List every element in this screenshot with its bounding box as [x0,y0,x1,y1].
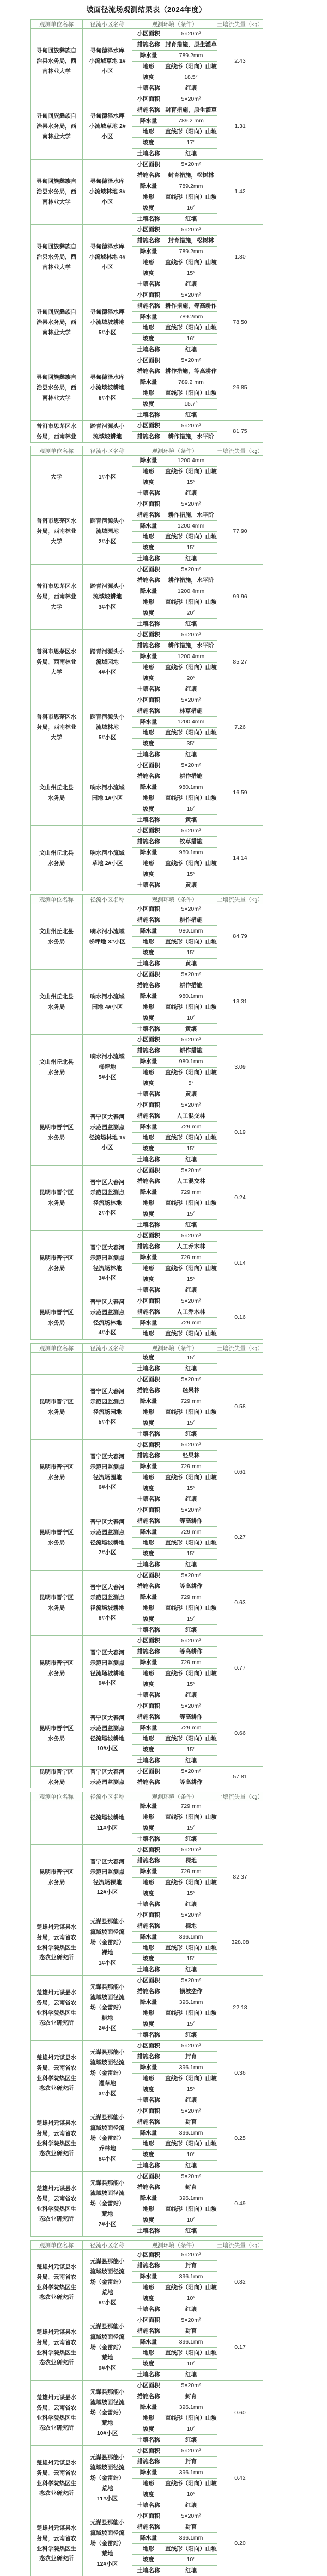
env-label: 土壤名称 [132,214,165,225]
env-label: 措施名称 [132,1921,165,1932]
plot-cell: 响水河小流域 梯坪地 5#小区 [83,1035,132,1100]
env-label: 土壤名称 [132,83,165,94]
env-row: 降水量396.1mm [132,2533,217,2544]
env-rows: 小区面积5×20m²措施名称经果林降水量729 mm地形直线形（阳向）山坡坡度1… [132,1440,217,1505]
env-row: 坡度15° [132,1954,217,1965]
env-value: 红壤 [165,1690,217,1701]
env-row: 地形直线形（阳向）山坡 [132,1068,217,1078]
env-rows: 小区面积5×20m²措施名称人工混交林降水量729 mm地形直线形（阳向）山坡坡… [132,1100,217,1166]
env-label: 地形 [132,1407,165,1418]
env-value: 封育措施，原生灌草 [165,40,217,51]
env-row: 降水量789.2mm [132,312,217,323]
soil-loss-value: 0.36 [217,2041,263,2106]
env-value: 直线形（阳向）山坡 [165,1002,217,1013]
env-value: 封育措施，松树林 [165,236,217,247]
env-value: 729 mm [165,1658,217,1669]
env-label: 措施名称 [132,915,165,926]
env-label: 坡度 [132,1823,165,1834]
env-value: 耕作措施，等高耕作 [165,301,217,312]
env-label: 地形 [132,62,165,72]
report-sheet: 坡面径流场观测结果表（2024年度） 观测单位名称径流小区名称观测环境（条件）土… [0,0,327,2576]
env-value: 396.1mm [165,2468,217,2479]
unit-cell: 昆明市晋宁区 水务局 [31,1505,83,1571]
env-value: 直线形（阳向）山坡 [165,1538,217,1549]
unit-cell: 文山州丘北县 水务局 [31,1035,83,1100]
env-value: 5×20m² [165,2250,217,2261]
env-value: 5×20m² [165,1375,217,1385]
env-value: 1200.4mm [165,586,217,597]
env-row: 小区面积5×20m² [132,499,217,510]
env-row: 小区面积5×20m² [132,421,217,432]
env-row: 小区面积5×20m² [132,2315,217,2326]
env-label: 坡度 [132,1274,165,1285]
env-row: 坡度15° [132,1418,217,1429]
env-row: 土壤名称红壤 [132,2030,217,2041]
env-rows: 小区面积5×20m²措施名称等高耕作 [132,1767,217,1788]
env-row: 坡度15° [132,1679,217,1690]
env-label: 小区面积 [132,1845,165,1856]
column-header-plot: 径流小区名称 [83,895,132,904]
env-value: 5×20m² [165,1231,217,1242]
env-value: 直线形（阳向）山坡 [165,1198,217,1209]
env-row: 措施名称封育措施，原生灌草 [132,40,217,51]
env-row: 小区面积5×20m² [132,160,217,170]
env-value: 直线形（阳向）山坡 [165,2139,217,2150]
env-value: 经果林 [165,1451,217,1462]
soil-loss-value: 77.90 [217,499,263,565]
table-row: 昆明市晋宁区 水务局晋宁区大春河 示范园监测点 径流场坡耕地 9#小区小区面积5… [30,1636,263,1701]
unit-cell: 寻甸回族彝族自 治县水务局，西 南林业大学 [31,94,83,160]
env-row: 小区面积5×20m² [132,29,217,40]
env-row: 措施名称封育措施，松树林 [132,170,217,181]
env-row: 地形直线形（阳向）山坡 [132,1812,217,1823]
table-row: 普洱市思茅区水 务局，西南林业踏青河源头小 流域坡耕地小区面积5×20m²措施名… [30,421,263,443]
env-value: 5×20m² [165,2511,217,2522]
env-row: 措施名称封育 [132,2326,217,2337]
plot-cell: 寻甸德泽水库 小流域坡耕地 5#小区 [83,290,132,355]
env-value: 耕作措施 [165,915,217,926]
plot-cell: 元谋县那能小 流域坡面径流 场（金雷站） 荒地 9#小区 [83,2315,132,2381]
env-label: 地形 [132,2074,165,2084]
env-row: 小区面积5×20m² [132,225,217,236]
column-header-loss: 土壤流失量（kg） [217,1792,263,1801]
env-label: 地形 [132,1264,165,1274]
table-header-row: 观测单位名称径流小区名称观测环境（条件）土壤流失量（kg） [30,894,263,904]
env-row: 地形直线形（阳向）山坡 [132,2008,217,2019]
unit-cell: 楚雄州元谋县水 务局，云南省农 业科学院热区生 态农业研究所 [31,2172,83,2237]
env-row: 措施名称人工乔木林 [132,1307,217,1318]
env-row: 土壤名称红壤 [132,2370,217,2381]
env-label: 措施名称 [132,105,165,116]
env-label: 降水量 [132,181,165,192]
env-label: 小区面积 [132,565,165,575]
env-row: 土壤名称红壤 [132,1690,217,1701]
env-label: 土壤名称 [132,684,165,695]
env-value: 980.1mm [165,848,217,858]
env-label: 坡度 [132,2359,165,2370]
plot-cell: 元谋县那能小 流域坡面径流 场（金雷站） 荒地 11#小区 [83,2446,132,2511]
env-row: 降水量396.1mm [132,1997,217,2008]
env-row: 措施名称封育 [132,2052,217,2063]
env-value: 789.2 mm [165,116,217,127]
env-value: 729 mm [165,1592,217,1603]
soil-loss-value: 0.61 [217,1440,263,1505]
env-row: 小区面积5×20m² [132,760,217,771]
env-rows: 小区面积5×20m²措施名称耕作措施降水量980.1mm地形直线形（阳向）山坡坡… [132,970,217,1035]
env-label: 土壤名称 [132,149,165,160]
env-row: 坡度15° [132,2084,217,2095]
table-header-row: 观测单位名称径流小区名称观测环境（条件）土壤流失量（kg） [30,1792,263,1801]
env-value: 15° [165,1274,217,1285]
plot-cell: 晋宁区大春河 示范园监测点 径流场坡耕地 8#小区 [83,1571,132,1636]
env-value: 红壤 [165,83,217,94]
env-value: 1200.4mm [165,521,217,532]
soil-loss-value: 2.43 [217,29,263,94]
env-label: 措施名称 [132,510,165,521]
env-rows: 小区面积5×20m²措施名称封育降水量396.1mm地形直线形（阳向）山坡坡度1… [132,2315,217,2381]
env-row: 坡度15° [132,2019,217,2030]
soil-loss-value: 84.79 [217,904,263,970]
table-row: 普洱市思茅区水 务局，西南林业 大学踏青河源头小 流域林地 5#小区小区面积5×… [30,695,263,760]
env-label: 坡度 [132,2215,165,2226]
table-row: 楚雄州元谋县水 务局，云南省农 业科学院热区生 态农业研究所元谋县那能小 流域坡… [30,2511,263,2576]
env-row: 土壤名称红壤 [132,684,217,695]
env-row: 措施名称人工混交林 [132,1111,217,1122]
env-label: 土壤名称 [132,959,165,970]
plot-cell: 寻甸德泽水库 小流域草地 2# 小区 [83,94,132,160]
env-row: 小区面积5×20m² [132,1440,217,1451]
env-label: 坡度 [132,804,165,815]
soil-loss-value: 81.75 [217,421,263,443]
env-row: 地形直线形（阳向）山坡 [132,127,217,138]
env-label: 措施名称 [132,2391,165,2402]
env-value: 5×20m² [165,1701,217,1712]
table-row: 昆明市晋宁区 水务局晋宁区大春河 示范园监测点 径流场裸地 12#小区小区面积5… [30,1845,263,1910]
env-label: 坡度 [132,1614,165,1625]
table-row: 楚雄州元谋县水 务局，云南省农 业科学院热区生 态农业研究所元谋县那能小 流域坡… [30,2381,263,2446]
env-value: 红壤 [165,410,217,421]
env-row: 措施名称耕作措施，水平阶 [132,641,217,652]
unit-cell: 昆明市晋宁区 水务局 [31,1845,83,1910]
env-row: 土壤名称红壤 [132,1965,217,1976]
env-value: 黄壤 [165,1024,217,1035]
env-label: 地形 [132,793,165,804]
plot-cell: 响水河小流域 草地 2#小区 [83,826,132,891]
env-row: 地形直线形（阳向）山坡 [132,1002,217,1013]
env-rows: 小区面积5×20m²措施名称封育降水量396.1mm地形直线形（阳向）山坡坡度1… [132,2172,217,2237]
env-label: 坡度 [132,2150,165,2161]
env-row: 地形直线形（阳向）山坡 [132,257,217,268]
env-row: 降水量729 mm [132,1253,217,1264]
env-value: 396.1mm [165,2128,217,2139]
env-label: 坡度 [132,334,165,345]
soil-loss-value: 0.19 [217,1100,263,1166]
soil-loss-value [217,1353,263,1375]
table-row: 寻甸回族彝族自 治县水务局，西 南林业大学寻甸德泽水库 小流域草地 1# 小区小… [30,29,263,94]
soil-loss-value: 0.24 [217,1166,263,1231]
env-row: 措施名称封育 [132,2261,217,2272]
env-value: 直线形（阳向）山坡 [165,192,217,203]
env-row: 坡度10° [132,2424,217,2435]
plot-cell: 晋宁区大春河 示范园监测点 径流场裸地 12#小区 [83,1845,132,1910]
env-value: 15° [165,543,217,554]
env-label: 措施名称 [132,1712,165,1723]
env-row: 土壤名称红壤 [132,1364,217,1375]
env-rows: 小区面积5×20m²措施名称封育降水量396.1mm地形直线形（阳向）山坡坡度1… [132,2250,217,2315]
env-value: 红壤 [165,1625,217,1636]
env-label: 坡度 [132,1078,165,1089]
env-rows: 小区面积5×20m²措施名称人工混交林降水量729 mm地形直线形（阳向）山坡坡… [132,1166,217,1231]
env-row: 降水量980.1mm [132,926,217,937]
env-row: 坡度15° [132,268,217,279]
plot-cell: 元谋县那能小 流域坡面径流 场（金雷站） 荒地 12#小区 [83,2511,132,2576]
env-value: 红壤 [165,554,217,565]
env-label: 坡度 [132,2293,165,2304]
env-value: 15° [165,1954,217,1965]
env-row: 坡度18.5° [132,72,217,83]
env-value: 人工混交林 [165,1111,217,1122]
env-value: 396.1mm [165,2402,217,2413]
env-rows: 小区面积5×20m²措施名称耕作措施，水平阶降水量1200.4mm地形直线形（阳… [132,499,217,565]
env-rows: 降水量729 mm地形直线形（阳向）山坡坡度15°土壤名称红壤 [132,1801,217,1845]
env-value: 16° [165,334,217,345]
table-header-row: 观测单位名称径流小区名称观测环境（条件）土壤流失量（kg） [30,1343,263,1353]
env-row: 小区面积5×20m² [132,1571,217,1581]
env-value: 1200.4mm [165,652,217,663]
table-row: 寻甸回族彝族自 治县水务局，西 南林业大学寻甸德泽水库 小流域坡耕地 6#小区小… [30,355,263,421]
env-label: 措施名称 [132,170,165,181]
env-label: 降水量 [132,377,165,388]
env-rows: 小区面积5×20m²措施名称封育措施，松树林降水量789.2mm地形直线形（阳向… [132,225,217,290]
env-label: 降水量 [132,926,165,937]
env-value: 5×20m² [165,225,217,236]
env-label: 小区面积 [132,1100,165,1111]
env-value: 耕作措施，水平阶 [165,510,217,521]
env-value: 等高耕作 [165,1777,217,1788]
env-value: 35° [165,739,217,750]
env-value: 5×20m² [165,760,217,771]
env-row: 小区面积5×20m² [132,970,217,980]
env-value: 直线形（阳向）山坡 [165,597,217,608]
env-row: 小区面积5×20m² [132,355,217,366]
env-row: 地形直线形（阳向）山坡 [132,1329,217,1340]
env-label: 地形 [132,2348,165,2359]
env-row: 地形直线形（阳向）山坡 [132,2139,217,2150]
env-value: 5×20m² [165,1166,217,1176]
env-row: 措施名称耕作措施 [132,1046,217,1057]
env-value: 980.1mm [165,782,217,793]
env-value: 5×20m² [165,970,217,980]
table-row: 普洱市思茅区水 务局，西南林业 大学踏青河源头小 流域园地 2#小区小区面积5×… [30,499,263,565]
env-row: 措施名称等高耕作 [132,1647,217,1658]
env-row: 土壤名称黄壤 [132,1089,217,1100]
env-label: 降水量 [132,51,165,62]
env-value: 10° [165,2150,217,2161]
env-label: 措施名称 [132,1856,165,1867]
soil-loss-value: 3.09 [217,1035,263,1100]
env-row: 措施名称经果林 [132,1451,217,1462]
env-row: 地形直线形（阳向）山坡 [132,793,217,804]
env-value: 红壤 [165,2030,217,2041]
env-label: 小区面积 [132,225,165,236]
column-header-plot: 径流小区名称 [83,2241,132,2250]
table-header-row: 观测单位名称径流小区名称观测环境（条件）土壤流失量（kg） [30,2240,263,2250]
env-row: 降水量1200.4mm [132,586,217,597]
env-row: 降水量1200.4mm [132,521,217,532]
plot-cell: 晋宁区大春河 示范园监测点 径流场园地 5#小区 [83,1375,132,1440]
env-row: 土壤名称红壤 [132,345,217,355]
table-row: 昆明市晋宁区 水务局晋宁区大春河 示范园监测点小区面积5×20m²措施名称等高耕… [30,1767,263,1788]
env-label: 小区面积 [132,1505,165,1516]
env-value: 红壤 [165,1560,217,1571]
env-row: 土壤名称红壤 [132,214,217,225]
plot-cell: 响水河小流域 梯坪地 3#小区 [83,904,132,970]
table-row: 昆明市晋宁区 水务局晋宁区大春河 示范园监测点 径流场林地 2#小区小区面积5×… [30,1166,263,1231]
env-value: 直线形（阳向）山坡 [165,2283,217,2293]
unit-cell: 昆明市晋宁区 水务局 [31,1166,83,1231]
env-value: 5×20m² [165,1767,217,1777]
env-label: 降水量 [132,247,165,257]
env-value: 红壤 [165,345,217,355]
env-label: 土壤名称 [132,815,165,826]
env-row: 措施名称等高耕作 [132,1516,217,1527]
env-label: 土壤名称 [132,2161,165,2172]
env-value: 5×20m² [165,695,217,706]
env-row: 土壤名称红壤 [132,554,217,565]
plot-cell: 1#小区 [83,456,132,499]
env-row: 坡度15° [132,543,217,554]
env-value: 15° [165,1353,217,1364]
env-label: 小区面积 [132,1701,165,1712]
env-rows: 小区面积5×20m²措施名称耕作措施，水平阶降水量1200.4mm地形直线形（阳… [132,565,217,630]
env-label: 土壤名称 [132,1220,165,1231]
env-row: 土壤名称红壤 [132,2161,217,2172]
env-rows: 小区面积5×20m²措施名称耕作措施，水平阶降水量1200.4mm地形直线形（阳… [132,630,217,695]
env-label: 地形 [132,1812,165,1823]
env-label: 措施名称 [132,1307,165,1318]
env-label: 降水量 [132,312,165,323]
env-value: 直线形（阳向）山坡 [165,2348,217,2359]
env-label: 土壤名称 [132,1285,165,1296]
env-value: 红壤 [165,1899,217,1910]
unit-cell: 寻甸回族彝族自 治县水务局，西 南林业大学 [31,29,83,94]
env-row: 坡度10° [132,2150,217,2161]
env-label: 地形 [132,1198,165,1209]
env-label: 降水量 [132,1997,165,2008]
env-label: 措施名称 [132,837,165,848]
env-row: 措施名称人工混交林 [132,1176,217,1187]
env-label: 地形 [132,2204,165,2215]
env-value: 5×20m² [165,1845,217,1856]
env-value: 729 mm [165,1318,217,1329]
env-label: 措施名称 [132,1647,165,1658]
env-row: 降水量980.1mm [132,848,217,858]
env-value: 5×20m² [165,1100,217,1111]
env-row: 土壤名称红壤 [132,2095,217,2106]
env-label: 降水量 [132,1801,165,1812]
column-header-unit: 观测单位名称 [31,446,83,456]
unit-cell: 昆明市晋宁区 水务局 [31,1100,83,1166]
soil-loss-value: 0.20 [217,2511,263,2576]
env-row: 小区面积5×20m² [132,1035,217,1046]
env-label: 措施名称 [132,1516,165,1527]
env-label: 土壤名称 [132,2370,165,2381]
env-row: 地形直线形（阳向）山坡 [132,2413,217,2424]
env-value: 红壤 [165,1429,217,1440]
env-value: 红壤 [165,1285,217,1296]
table-row: 文山州丘北县 水务局响水河小流域 梯坪地 5#小区小区面积5×20m²措施名称耕… [30,1035,263,1100]
env-row: 小区面积5×20m² [132,2041,217,2052]
env-row: 坡度20° [132,608,217,619]
env-row: 地形直线形（阳向）山坡 [132,2544,217,2555]
env-label: 措施名称 [132,1242,165,1253]
env-row: 措施名称耕作措施，水平阶 [132,575,217,586]
env-value: 789.2mm [165,312,217,323]
env-row: 土壤名称红壤 [132,619,217,630]
env-label: 坡度 [132,869,165,880]
env-row: 小区面积5×20m² [132,1910,217,1921]
env-label: 小区面积 [132,290,165,301]
env-row: 坡度10° [132,2489,217,2500]
env-value: 红壤 [165,2435,217,2446]
plot-cell: 元谋县那能小 流域坡面径流 场（金雷站） 乔林地 6#小区 [83,2106,132,2172]
env-row: 坡度15° [132,1274,217,1285]
env-row: 地形直线形（阳向）山坡 [132,1734,217,1745]
plot-cell: 晋宁区大春河 示范园监测点 径流场坡耕地 7#小区 [83,1505,132,1571]
soil-loss-value: 0.14 [217,1231,263,1296]
env-value: 396.1mm [165,1997,217,2008]
column-header-env: 观测环境（条件） [132,895,217,904]
env-value: 5×20m² [165,1910,217,1921]
table-row: 昆明市晋宁区 水务局晋宁区大春河 示范园监测点 径流场园地 6#小区小区面积5×… [30,1440,263,1505]
env-value: 5×20m² [165,2315,217,2326]
env-label: 土壤名称 [132,2226,165,2237]
column-header-unit: 观测单位名称 [31,1792,83,1801]
env-value: 红壤 [165,488,217,499]
unit-cell: 寻甸回族彝族自 治县水务局，西 南林业大学 [31,160,83,225]
env-row: 土壤名称红壤 [132,1220,217,1231]
unit-cell: 昆明市晋宁区 水务局 [31,1296,83,1340]
env-value: 5×20m² [165,29,217,40]
env-value: 直线形（阳向）山坡 [165,2413,217,2424]
env-value: 396.1mm [165,2272,217,2283]
env-row: 坡度10° [132,2215,217,2226]
env-label: 降水量 [132,1057,165,1068]
env-row: 降水量396.1mm [132,2193,217,2204]
env-value: 396.1mm [165,2193,217,2204]
env-value: 经果林 [165,1385,217,1396]
table-row: 寻甸回族彝族自 治县水务局，西 南林业大学寻甸德泽水库 小流域草地 2# 小区小… [30,94,263,160]
soil-loss-value: 1.42 [217,160,263,225]
env-label: 土壤名称 [132,880,165,891]
env-label: 坡度 [132,399,165,410]
soil-loss-value: 1.31 [217,94,263,160]
table-row: 楚雄州元谋县水 务局，云南省农 业科学院热区生 态农业研究所元谋县那能小 流域坡… [30,2172,263,2237]
env-label: 小区面积 [132,355,165,366]
env-row: 坡度15° [132,477,217,488]
plot-cell: 元谋县那能小 流域坡面径流 场（金雷站） 裸地 1#小区 [83,1910,132,1976]
env-row: 降水量396.1mm [132,2337,217,2348]
env-value: 15° [165,477,217,488]
env-value: 5×20m² [165,355,217,366]
env-value: 5×20m² [165,2172,217,2182]
env-row: 土壤名称红壤 [132,488,217,499]
table-header-row: 观测单位名称径流小区名称观测环境（条件）土壤流失量（kg） [30,446,263,456]
env-value: 裸地 [165,1921,217,1932]
env-value: 直线形（阳向）山坡 [165,2204,217,2215]
env-row: 坡度10° [132,1013,217,1024]
env-row: 坡度10° [132,2359,217,2370]
